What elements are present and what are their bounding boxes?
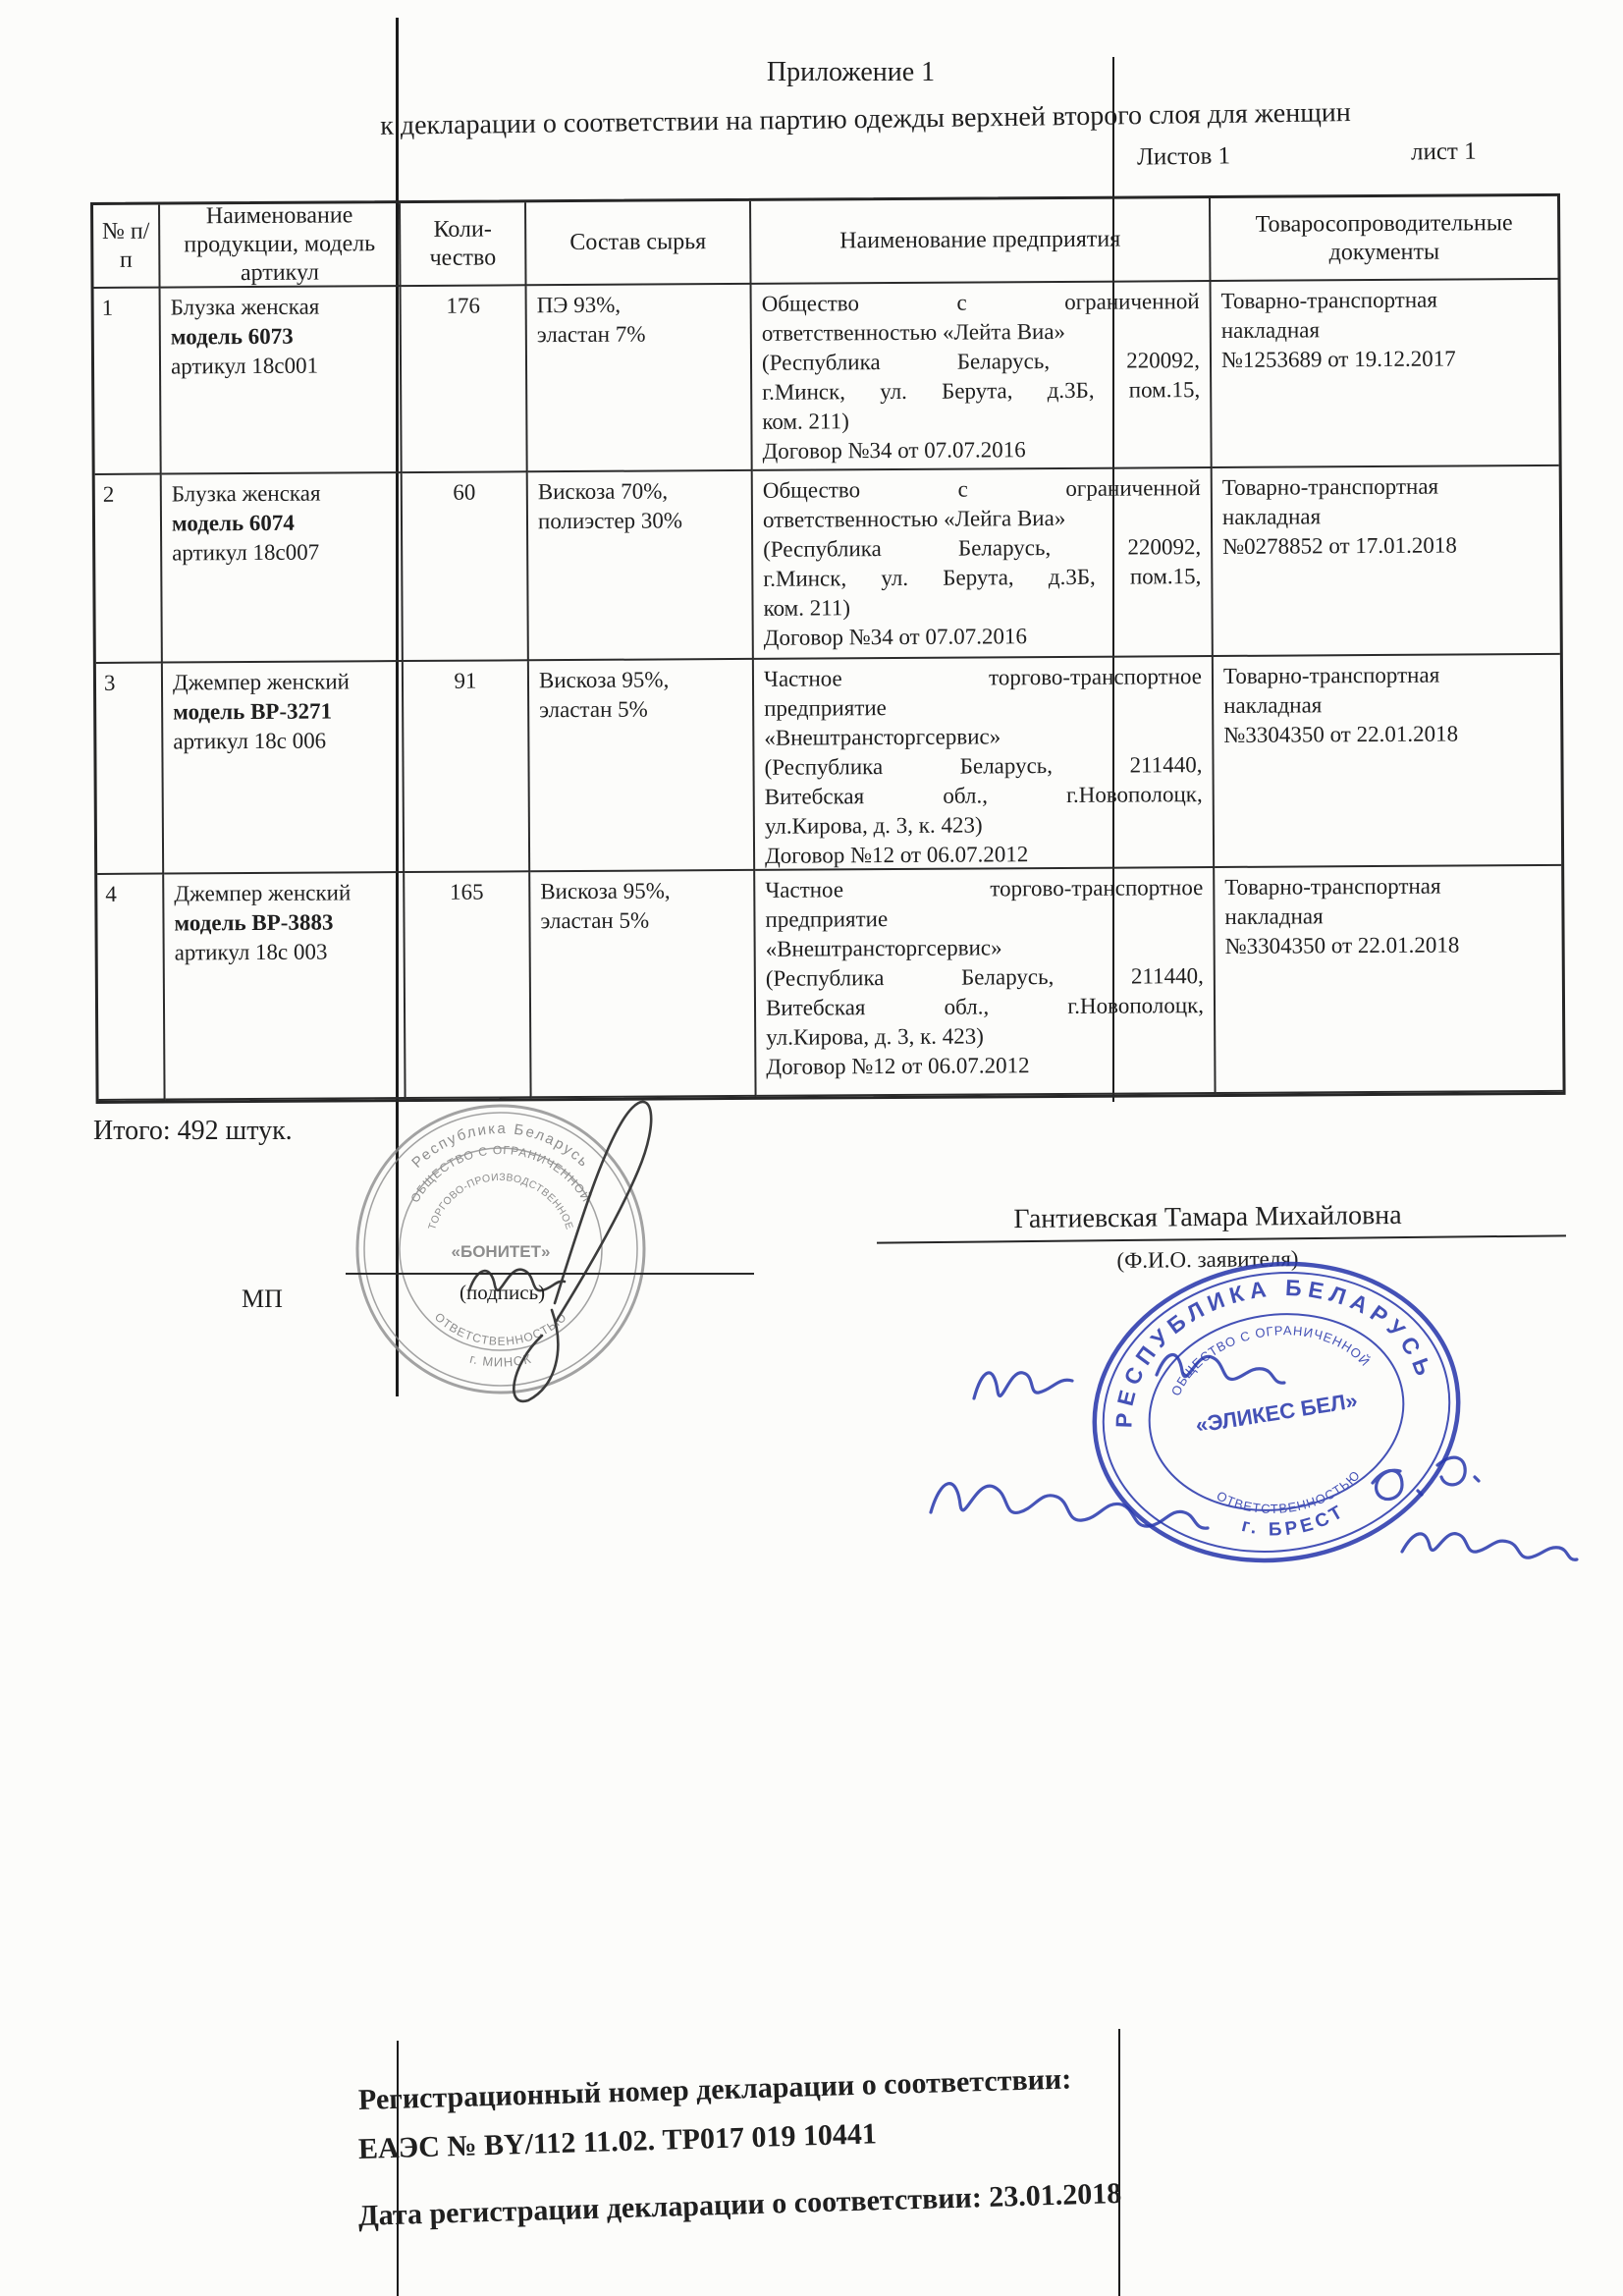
registration-date-line: Дата регистрации декларации о соответств…: [357, 2177, 1121, 2233]
cell-docs: Товарно-транспортная накладная №0278852 …: [1213, 466, 1560, 657]
product-artikul: артикул 18с001: [171, 351, 390, 381]
company-line: предприятие: [765, 902, 1203, 935]
company-line: Витебская обл., г.Новополоцк,: [766, 991, 1204, 1023]
company-line: Общество с ограниченной: [762, 287, 1200, 319]
contract-line: Договор №12 от 06.07.2012: [766, 1050, 1204, 1082]
composition-line: эластан 7%: [537, 319, 740, 350]
cell-docs: Товарно-транспортная накладная №3304350 …: [1215, 866, 1562, 1094]
company-line: г.Минск, ул. Берута, д.3Б, пом.15,: [762, 375, 1200, 408]
total-quantity-label: Итого: 492 штук.: [93, 1116, 293, 1147]
company-line: Витебская обл., г.Новополоцк,: [765, 780, 1203, 812]
sheet-current-label: лист 1: [1411, 138, 1477, 167]
cell-qty: 91: [404, 661, 530, 873]
docs-line: Товарно-транспортная: [1221, 285, 1548, 316]
row-num: 1: [94, 289, 162, 475]
docs-line: накладная: [1223, 689, 1550, 721]
cell-qty: 60: [403, 472, 529, 662]
col-header-product: Наименование продукции, модель артикул: [160, 203, 402, 288]
product-artikul: артикул 18с007: [172, 537, 391, 568]
product-model: модель 6073: [171, 321, 390, 352]
cell-docs: Товарно-транспортная накладная №1253689 …: [1212, 280, 1559, 468]
docs-line: Товарно-транспортная: [1222, 471, 1549, 503]
cell-product: Джемпер женский модель ВР-3271 артикул 1…: [163, 662, 405, 874]
company-line: ком. 211): [762, 405, 1200, 437]
applicant-name: Гантиевская Тамара Михайловна: [884, 1199, 1532, 1237]
row-num: 2: [95, 475, 163, 664]
company-line: ул.Кирова, д. 3, к. 423): [765, 809, 1203, 842]
product-name: Блузка женская: [172, 478, 391, 509]
docs-line: Товарно-транспортная: [1224, 871, 1551, 902]
docs-line: накладная: [1221, 314, 1548, 346]
company-line: ком. 211): [763, 591, 1201, 624]
cell-docs: Товарно-транспортная накладная №3304350 …: [1214, 655, 1561, 868]
col-header-company: Наименование предприятия: [751, 198, 1212, 285]
sheets-total-label: Листов 1: [1137, 142, 1230, 171]
contract-line: Договор №34 от 07.07.2016: [762, 434, 1200, 466]
cell-composition: Вискоза 70%, полиэстер 30%: [528, 471, 754, 661]
cell-product: Блузка женская модель 6073 артикул 18с00…: [161, 287, 403, 474]
page-title: Приложение 1: [39, 57, 1623, 88]
cell-product: Блузка женская модель 6074 артикул 18с00…: [162, 473, 404, 663]
product-model: модель ВР-3883: [174, 907, 393, 938]
signature-line: [346, 1273, 754, 1275]
company-line: г.Минск, ул. Берута, д.3Б, пом.15,: [763, 562, 1201, 594]
cell-company: Частное торгово-транспортное предприятие…: [754, 657, 1215, 871]
row-num: 3: [96, 664, 164, 875]
handwriting-strokes: [931, 1355, 1577, 1560]
company-line: «Внештрансторгсервис»: [766, 932, 1204, 964]
product-name: Джемпер женский: [173, 667, 392, 697]
company-line: Частное торгово-транспортное: [765, 873, 1203, 905]
page-subtitle: к декларации о соответствии на партию од…: [54, 92, 1623, 146]
products-table: № п/п Наименование продукции, модель арт…: [90, 193, 1566, 1104]
product-artikul: артикул 18с 006: [173, 726, 392, 756]
docs-line: №0278852 от 17.01.2018: [1222, 530, 1549, 562]
docs-line: накладная: [1222, 501, 1549, 532]
cell-company: Общество с ограниченной ответственностью…: [752, 282, 1213, 471]
composition-line: Вискоза 95%,: [540, 876, 743, 906]
composition-line: Вискоза 70%,: [538, 476, 741, 507]
signature-strokes: [469, 1102, 651, 1401]
handwritten-signature: [353, 1063, 727, 1416]
registration-number-caption: Регистрационный номер декларации о соотв…: [357, 2062, 1071, 2117]
product-model: модель 6074: [172, 508, 391, 538]
col-header-qty: Коли-чество: [401, 202, 527, 287]
company-line: ответственностью «Лейта Виа»: [762, 316, 1200, 349]
composition-line: Вискоза 95%,: [539, 665, 742, 695]
company-line: (Республика Беларусь, 220092,: [762, 346, 1200, 378]
fold-line-right-bottom: [1118, 2029, 1120, 2296]
docs-line: №3304350 от 22.01.2018: [1225, 930, 1552, 961]
company-line: ответственностью «Лейга Виа»: [763, 503, 1201, 535]
composition-line: эластан 5%: [539, 694, 742, 725]
contract-line: Договор №34 от 07.07.2016: [764, 621, 1202, 653]
company-line: ул.Кирова, д. 3, к. 423): [766, 1020, 1204, 1053]
composition-line: ПЭ 93%,: [537, 290, 740, 320]
composition-line: полиэстер 30%: [538, 506, 741, 536]
company-line: (Республика Беларусь, 211440,: [764, 750, 1202, 783]
cell-company: Общество с ограниченной ответственностью…: [753, 468, 1214, 660]
product-model: модель ВР-3271: [173, 696, 392, 727]
company-line: Частное торгово-транспортное: [764, 662, 1202, 694]
docs-line: №1253689 от 19.12.2017: [1221, 344, 1548, 375]
company-line: (Республика Беларусь, 211440,: [766, 961, 1204, 994]
col-header-docs: Товаросопроводительные документы: [1211, 196, 1558, 282]
registration-number-value: ЕАЭС № BY/112 11.02. ТР017 019 10441: [357, 2117, 877, 2166]
docs-line: Товарно-транспортная: [1223, 660, 1550, 691]
company-line: Общество с ограниченной: [763, 473, 1201, 506]
composition-line: эластан 5%: [540, 905, 743, 936]
signature-caption: (подпись): [460, 1281, 545, 1305]
handwritten-note-blue: [913, 1308, 1620, 1573]
scanned-declaration-page: Приложение 1 к декларации о соответствии…: [0, 0, 1623, 2296]
company-line: предприятие: [764, 691, 1202, 724]
cell-composition: Вискоза 95%, эластан 5%: [529, 660, 755, 872]
col-header-num: № п/п: [93, 205, 161, 289]
product-artikul: артикул 18с 003: [175, 937, 394, 967]
contract-line: Договор №12 от 06.07.2012: [765, 839, 1203, 871]
row-num: 4: [97, 875, 165, 1101]
cell-company: Частное торгово-транспортное предприятие…: [755, 868, 1216, 1097]
docs-line: №3304350 от 22.01.2018: [1223, 719, 1550, 750]
company-line: (Республика Беларусь, 220092,: [763, 532, 1201, 565]
company-line: «Внештрансторгсервис»: [764, 721, 1202, 753]
col-header-composition: Состав сырья: [526, 201, 752, 286]
docs-line: накладная: [1224, 901, 1551, 932]
product-name: Джемпер женский: [174, 878, 393, 908]
cell-qty: 176: [402, 286, 528, 473]
product-name: Блузка женская: [171, 292, 390, 322]
stamp-place-label: МП: [242, 1285, 283, 1314]
applicant-name-line: [877, 1234, 1566, 1243]
fold-line-left-bottom: [397, 2041, 399, 2296]
cell-composition: ПЭ 93%, эластан 7%: [527, 285, 753, 472]
